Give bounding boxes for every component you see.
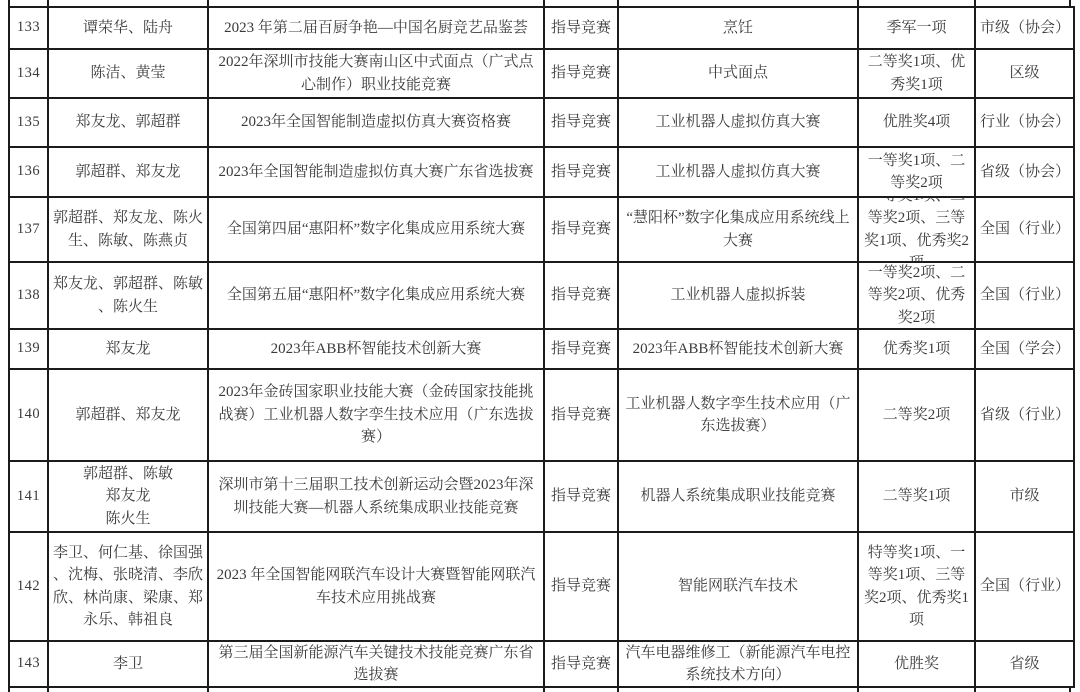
cell-names: 郑友龙 <box>49 330 209 370</box>
cell-competition-name: 2022年深圳市技能大赛南山区中式面点（广式点心制作）职业技能竞赛 <box>209 50 545 99</box>
grid-line-stub <box>543 688 545 692</box>
cell-award: 优秀奖1项 <box>859 330 976 370</box>
grid-line-stub <box>207 688 209 692</box>
cell-row-number: 134 <box>10 50 49 99</box>
cell-award: 优胜奖 <box>859 642 976 686</box>
cell-competition-name: 全国第五届“惠阳杯”数字化集成应用系统大赛 <box>209 263 545 330</box>
cell-competition-name: 2023 年第二届百厨争艳—中国名厨竞艺品鉴荟 <box>209 8 545 50</box>
cell-category: 汽车电器维修工（新能源汽车电控系统技术方向） <box>619 642 859 686</box>
cell-category: 工业机器人虚拟仿真大赛 <box>619 99 859 148</box>
cell-competition-name: 2023 年全国智能网联汽车设计大赛暨智能网联汽车技术应用挑战赛 <box>209 533 545 642</box>
cell-category: 烹饪 <box>619 8 859 50</box>
cell-row-number: 137 <box>10 198 49 263</box>
cell-row-number: 143 <box>10 642 49 686</box>
cell-award: 季军一项 <box>859 8 976 50</box>
grid-line-stub <box>1069 0 1071 6</box>
cell-names: 谭荣华、陆舟 <box>49 8 209 50</box>
cell-category: 工业机器人虚拟拆装 <box>619 263 859 330</box>
cell-category: 工业机器人虚拟仿真大赛 <box>619 148 859 198</box>
cell-level: 区级 <box>976 50 1073 99</box>
grid-line-stub <box>617 688 619 692</box>
cell-role: 指导竞赛 <box>545 198 619 263</box>
cell-names: 陈洁、黄莹 <box>49 50 209 99</box>
cell-names: 郑友龙、郭超群、陈敏、陈火生 <box>49 263 209 330</box>
cell-competition-name: 2023年金砖国家职业技能大赛（金砖国家技能挑战赛）工业机器人数字孪生技术应用（… <box>209 370 545 462</box>
grid-line-stub <box>617 0 619 6</box>
cell-award: 二等奖2项 <box>859 370 976 462</box>
grid-line-stub <box>543 0 545 6</box>
cell-category: 智能网联汽车技术 <box>619 533 859 642</box>
cell-award: 一等奖1项、二等奖2项、三等奖1项、优秀奖2项 <box>859 198 976 263</box>
cell-competition-name: 2023年全国智能制造虚拟仿真大赛资格赛 <box>209 99 545 148</box>
cell-role: 指导竞赛 <box>545 50 619 99</box>
cell-names: 李卫 <box>49 642 209 686</box>
cell-competition-name: 2023年全国智能制造虚拟仿真大赛广东省选拔赛 <box>209 148 545 198</box>
cell-level: 市级（协会） <box>976 8 1073 50</box>
grid-line-stub <box>8 0 10 6</box>
grid-line-stub <box>857 0 859 6</box>
cell-row-number: 138 <box>10 263 49 330</box>
grid-line-stub <box>207 0 209 6</box>
cell-award: 一等奖2项、二等奖2项、优秀奖2项 <box>859 263 976 330</box>
cell-row-number: 136 <box>10 148 49 198</box>
awards-table: 133 谭荣华、陆舟 2023 年第二届百厨争艳—中国名厨竞艺品鉴荟 指导竞赛 … <box>8 6 1075 688</box>
cell-role: 指导竞赛 <box>545 462 619 533</box>
cell-level: 省级 <box>976 642 1073 686</box>
cell-row-number: 139 <box>10 330 49 370</box>
cell-level: 全国（行业） <box>976 533 1073 642</box>
cell-competition-name: 深圳市第十三届职工技术创新运动会暨2023年深圳技能大赛—机器人系统集成职业技能… <box>209 462 545 533</box>
cell-level: 全国（学会） <box>976 330 1073 370</box>
cell-role: 指导竞赛 <box>545 370 619 462</box>
cell-level: 省级（行业） <box>976 370 1073 462</box>
cell-role: 指导竞赛 <box>545 8 619 50</box>
cell-category: 工业机器人数字孪生技术应用（广东选拔赛） <box>619 370 859 462</box>
cell-award: 特等奖1项、一等奖1项、三等奖2项、优秀奖1项 <box>859 533 976 642</box>
cell-level: 全国（行业） <box>976 263 1073 330</box>
grid-line-stub <box>857 688 859 692</box>
cell-category: 机器人系统集成职业技能竞赛 <box>619 462 859 533</box>
cell-award: 一等奖1项、二等奖2项 <box>859 148 976 198</box>
cell-level: 全国（行业） <box>976 198 1073 263</box>
cell-row-number: 142 <box>10 533 49 642</box>
cell-category: “慧阳杯”数字化集成应用系统线上大赛 <box>619 198 859 263</box>
cell-names: 郑友龙、郭超群 <box>49 99 209 148</box>
cell-names: 郭超群、郑友龙 <box>49 148 209 198</box>
grid-line-stub <box>47 688 49 692</box>
cell-role: 指导竞赛 <box>545 148 619 198</box>
cell-category: 2023年ABB杯智能技术创新大赛 <box>619 330 859 370</box>
cell-names: 李卫、何仁基、徐国强、沈梅、张晓清、李欣欣、林尚康、梁康、郑永乐、韩祖良 <box>49 533 209 642</box>
cell-award: 二等奖1项 <box>859 462 976 533</box>
cell-level: 省级（协会） <box>976 148 1073 198</box>
cell-role: 指导竞赛 <box>545 642 619 686</box>
cell-names: 郭超群、郑友龙、陈火生、陈敏、陈燕贞 <box>49 198 209 263</box>
cell-role: 指导竞赛 <box>545 99 619 148</box>
cell-competition-name: 第三届全国新能源汽车关键技术技能竞赛广东省选拔赛 <box>209 642 545 686</box>
grid-line-stub <box>974 688 976 692</box>
cell-competition-name: 全国第四届“惠阳杯”数字化集成应用系统大赛 <box>209 198 545 263</box>
cell-category: 中式面点 <box>619 50 859 99</box>
document-page: 133 谭荣华、陆舟 2023 年第二届百厨争艳—中国名厨竞艺品鉴荟 指导竞赛 … <box>0 0 1080 692</box>
cell-award: 优胜奖4项 <box>859 99 976 148</box>
cell-row-number: 140 <box>10 370 49 462</box>
grid-line-stub <box>1069 688 1071 692</box>
cell-role: 指导竞赛 <box>545 263 619 330</box>
cell-competition-name: 2023年ABB杯智能技术创新大赛 <box>209 330 545 370</box>
cell-row-number: 133 <box>10 8 49 50</box>
grid-line-stub <box>974 0 976 6</box>
grid-line-stub <box>8 688 10 692</box>
cell-level: 市级 <box>976 462 1073 533</box>
grid-line-stub <box>47 0 49 6</box>
cell-level: 行业（协会） <box>976 99 1073 148</box>
cell-row-number: 141 <box>10 462 49 533</box>
cell-names: 郭超群、陈敏 郑友龙 陈火生 <box>49 462 209 533</box>
cell-role: 指导竞赛 <box>545 533 619 642</box>
cell-role: 指导竞赛 <box>545 330 619 370</box>
cell-award: 二等奖1项、优秀奖1项 <box>859 50 976 99</box>
cell-names: 郭超群、郑友龙 <box>49 370 209 462</box>
cell-row-number: 135 <box>10 99 49 148</box>
